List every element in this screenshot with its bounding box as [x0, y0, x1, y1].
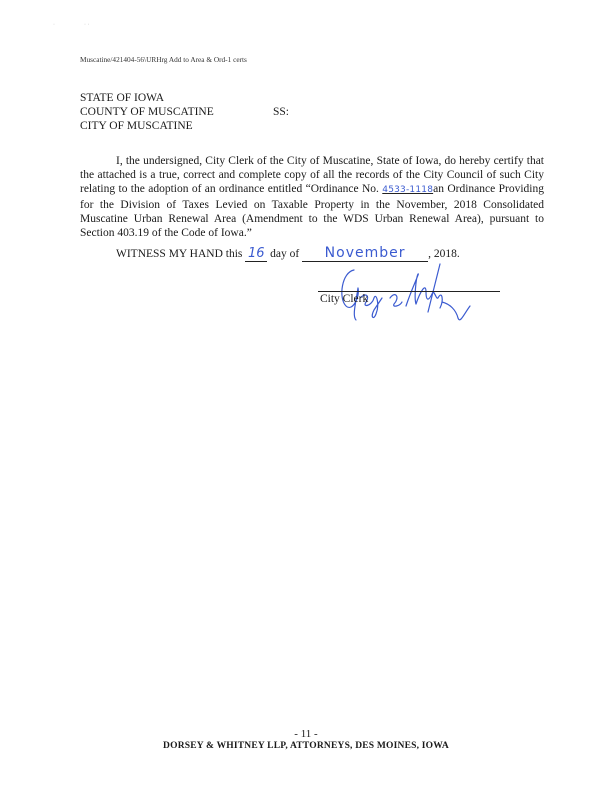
witness-day: 16 [245, 246, 267, 262]
firm-footer: DORSEY & WHITNEY LLP, ATTORNEYS, DES MOI… [0, 741, 612, 751]
scan-speck: · · [84, 22, 90, 28]
ordinance-number: 4533-1118 [382, 185, 433, 195]
witness-prefix: WITNESS MY HAND this [116, 248, 242, 260]
page-number: - 11 - [0, 728, 612, 740]
file-reference: Muscatine/421404-56\URHrg Add to Area & … [80, 55, 247, 64]
witness-middle: day of [270, 248, 299, 260]
caption-city: CITY OF MUSCATINE [80, 119, 214, 133]
scan-speck: · [53, 22, 55, 28]
caption-county: COUNTY OF MUSCATINE [80, 106, 214, 118]
signature-label: City Clerk [320, 293, 368, 305]
venue-caption: STATE OF IOWA COUNTY OF MUSCATINE SS: CI… [80, 91, 214, 133]
signature-line [318, 291, 500, 292]
caption-ss: SS: [273, 105, 289, 119]
caption-state: STATE OF IOWA [80, 91, 214, 105]
caption-county-row: COUNTY OF MUSCATINE SS: [80, 105, 214, 119]
certification-paragraph: I, the undersigned, City Clerk of the Ci… [80, 154, 544, 240]
